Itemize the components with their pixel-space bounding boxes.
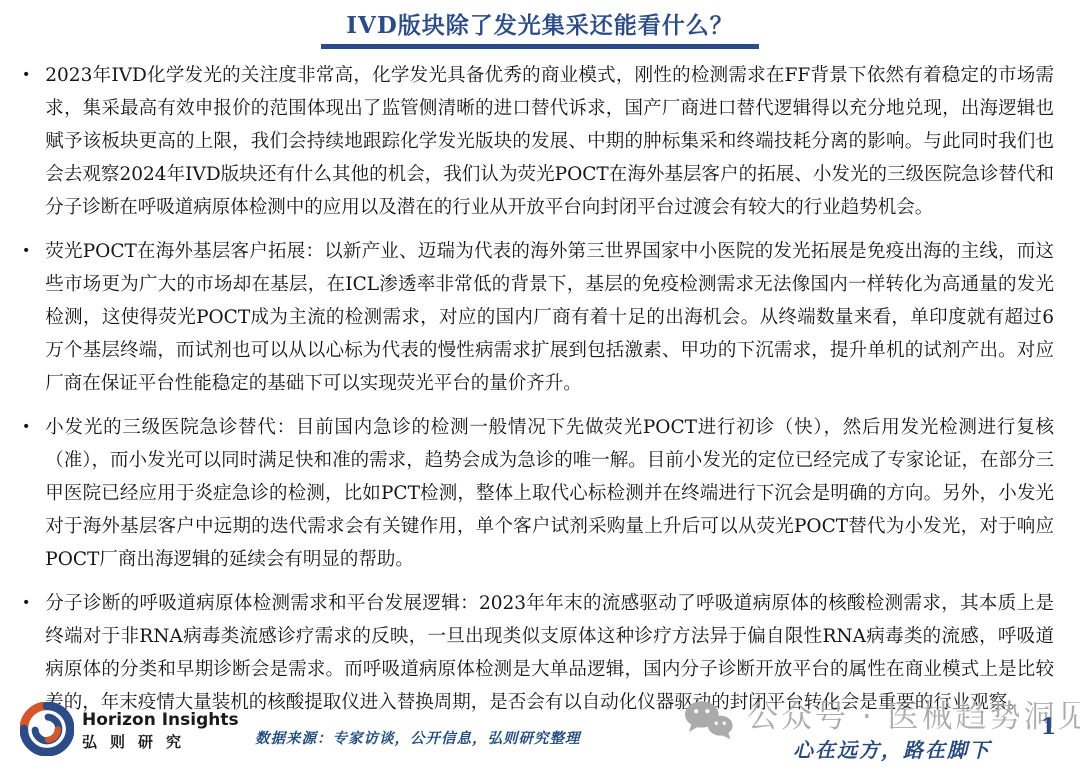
bullet-marker: • — [22, 59, 30, 224]
page-footer: Horizon Insights 弘则研究 数据来源：专家访谈，公开信息，弘则研… — [0, 698, 1080, 770]
page-title: IVD版块除了发光集采还能看什么？ — [0, 7, 1080, 40]
bullet-text: 2023年IVD化学发光的关注度非常高，化学发光具备优秀的商业模式，刚性的检测需… — [45, 59, 1054, 224]
horizon-logo-icon — [20, 702, 74, 760]
report-page: IVD版块除了发光集采还能看什么？ • 2023年IVD化学发光的关注度非常高，… — [0, 0, 1080, 770]
bullet-text: 荧光POCT在海外基层客户拓展：以新产业、迈瑞为代表的海外第三世界国家中小医院的… — [45, 235, 1054, 400]
bullet-text: 小发光的三级医院急诊替代：目前国内急诊的检测一般情况下先做荧光POCT进行初诊（… — [45, 411, 1054, 576]
bullet-marker: • — [22, 235, 30, 400]
slogan-text: 心在远方，路在脚下 — [793, 734, 991, 763]
page-number: 1 — [1041, 714, 1056, 740]
logo-text-block: Horizon Insights 弘则研究 — [82, 710, 239, 752]
bullet-marker: • — [22, 411, 30, 576]
logo-name-cn: 弘则研究 — [82, 732, 239, 752]
wechat-account-label: 公众号 · 医械趋势洞见 — [747, 700, 1080, 734]
bullet-item: • 荧光POCT在海外基层客户拓展：以新产业、迈瑞为代表的海外第三世界国家中小医… — [22, 235, 1054, 400]
page-header: IVD版块除了发光集采还能看什么？ — [0, 0, 1080, 49]
data-source-note: 数据来源：专家访谈，公开信息，弘则研究整理 — [255, 727, 581, 748]
logo-name-en: Horizon Insights — [82, 710, 239, 730]
bullet-list: • 2023年IVD化学发光的关注度非常高，化学发光具备优秀的商业模式，刚性的检… — [0, 59, 1080, 719]
wechat-icon — [683, 700, 735, 744]
horizon-insights-logo: Horizon Insights 弘则研究 — [20, 702, 239, 760]
title-underline — [321, 44, 759, 49]
bullet-item: • 2023年IVD化学发光的关注度非常高，化学发光具备优秀的商业模式，刚性的检… — [22, 59, 1054, 224]
bullet-item: • 小发光的三级医院急诊替代：目前国内急诊的检测一般情况下先做荧光POCT进行初… — [22, 411, 1054, 576]
